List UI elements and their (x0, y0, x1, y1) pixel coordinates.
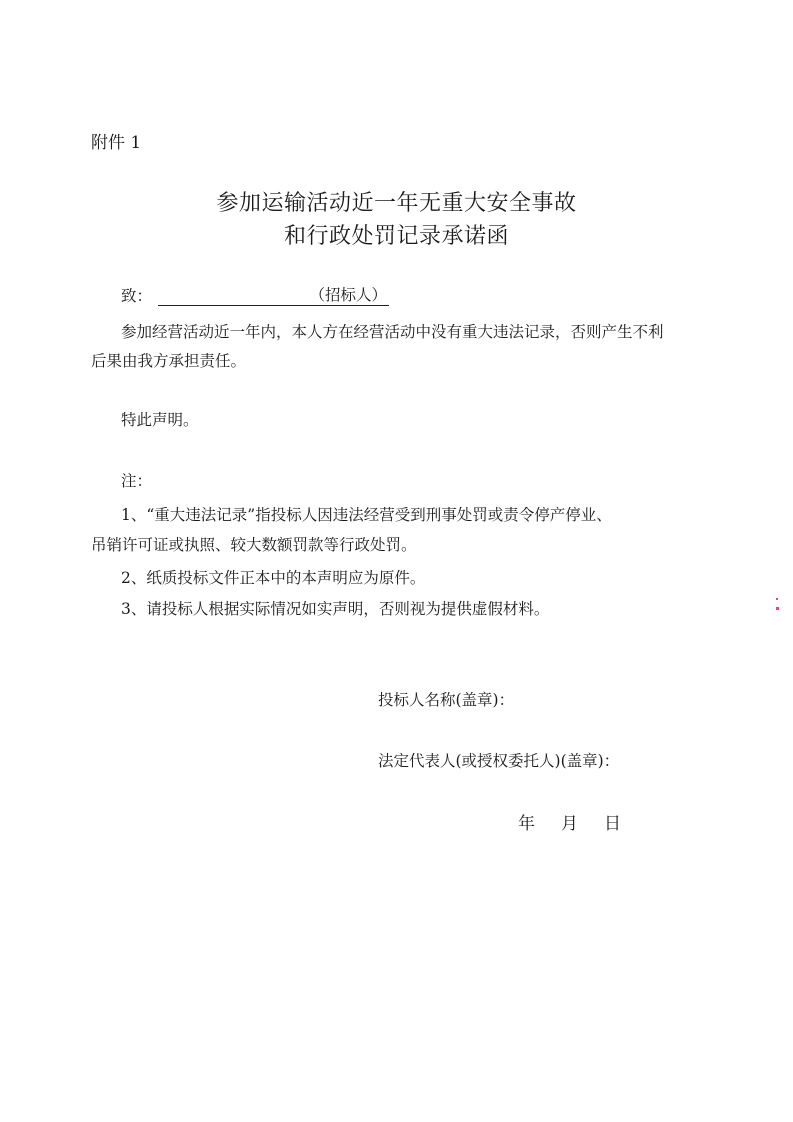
date-day: 日 (604, 809, 621, 834)
bidder-name-label: 投标人名称(盖章)： (378, 688, 514, 710)
declaration-text: 特此声明。 (121, 408, 199, 430)
date-month: 月 (561, 809, 578, 834)
date-year: 年 (518, 809, 535, 834)
addressee-blank-suffix: （招标人） (310, 283, 388, 305)
date-line: 年月日 (518, 809, 621, 834)
addressee-blank-field[interactable]: （招标人） (158, 287, 389, 306)
title-line-1: 参加运输活动近一年无重大安全事故 (0, 186, 793, 217)
notes-heading: 注： (121, 469, 152, 491)
addressee-prefix: 致： (121, 287, 152, 305)
scan-speck-mark (776, 607, 779, 610)
paragraph-1-line-2: 后果由我方承担责任。 (91, 349, 246, 371)
scan-speck-mark (776, 598, 778, 600)
note-1-line-1: 1、“重大违法记录”指投标人因违法经营受到刑事处罚或责令停产停业、 (121, 503, 612, 525)
attachment-label: 附件 1 (91, 128, 141, 153)
note-2: 2、纸质投标文件正本中的本声明应为原件。 (121, 566, 425, 588)
addressee-line: 致：（招标人） (121, 284, 389, 306)
note-3: 3、请投标人根据实际情况如实声明，否则视为提供虚假材料。 (121, 597, 549, 619)
paragraph-1-line-1: 参加经营活动近一年内，本人方在经营活动中没有重大违法记录，否则产生不利 (121, 320, 664, 342)
legal-representative-label: 法定代表人(或授权委托人)(盖章)： (378, 749, 619, 771)
title-line-2: 和行政处罚记录承诺函 (0, 219, 793, 250)
note-1-line-2: 吊销许可证或执照、较大数额罚款等行政处罚。 (91, 533, 417, 555)
